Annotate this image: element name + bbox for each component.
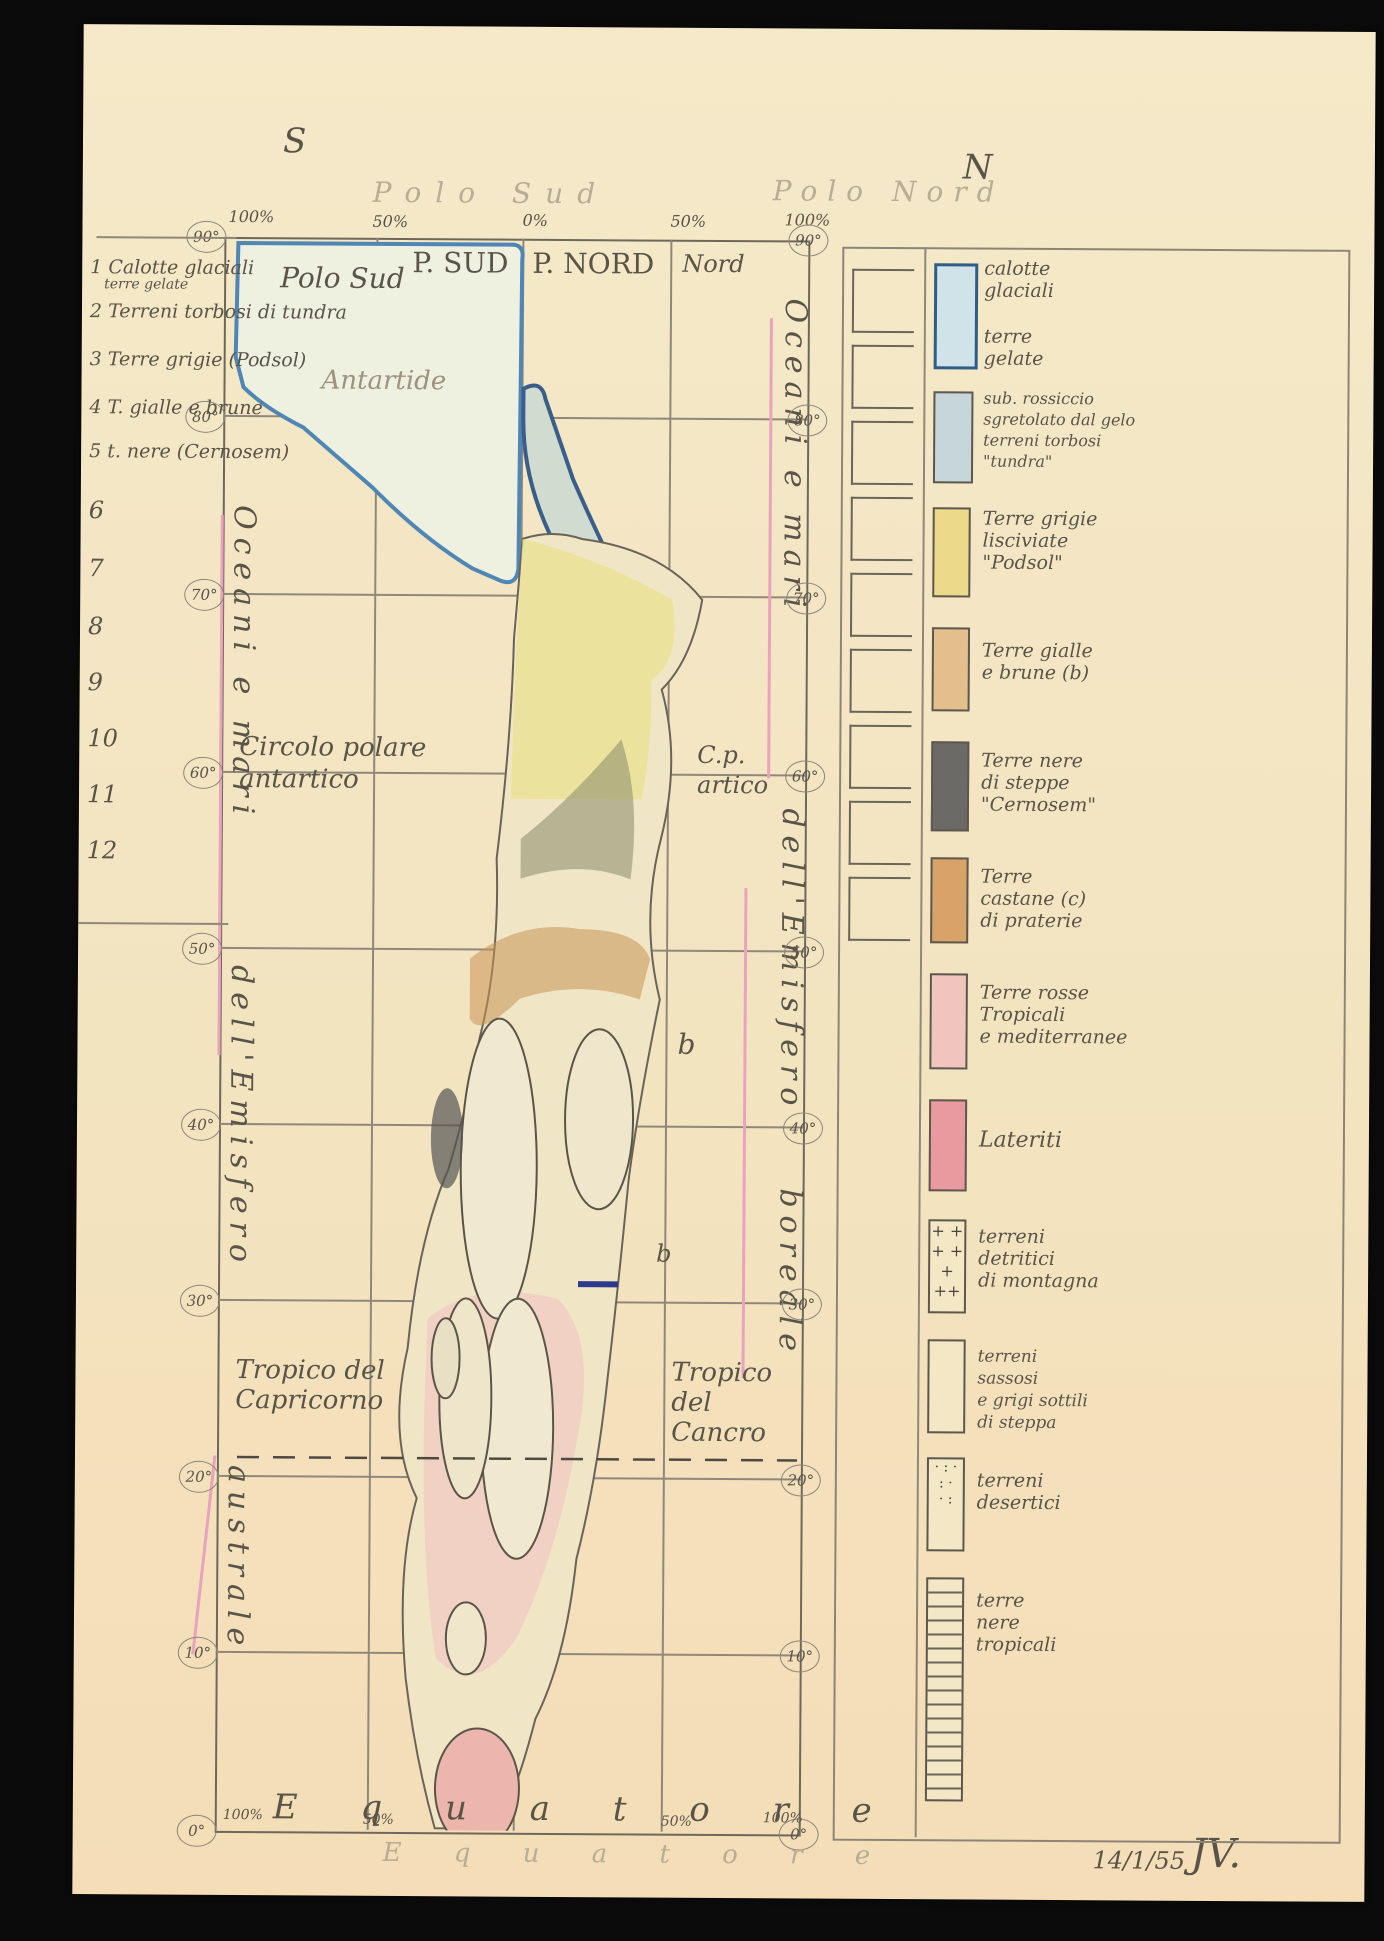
scale-bottom-100-left: 100% <box>223 1807 263 1823</box>
left-list-item-12: 12 <box>87 836 118 864</box>
legend-swatch-cernosem <box>931 741 970 831</box>
legend-label-terre-nere-tropicali: terre nere tropicali <box>976 1590 1057 1656</box>
legend-label-calotte-glaciali: calotte glaciali <box>984 258 1054 302</box>
legend-label-castane: Terre castane (c) di praterie <box>980 866 1086 933</box>
legend-swatch-desertici: · : ·: ·· : <box>926 1457 965 1551</box>
stack-cell <box>850 573 912 637</box>
lat-right-10: 10° <box>780 1640 820 1672</box>
legend-label-tundra: sub. rossiccio sgretolato dal gelo terre… <box>983 388 1135 473</box>
legend-swatch-terre-rosse <box>929 973 968 1069</box>
legend-label-desertici: terreni desertici <box>977 1470 1061 1515</box>
equator-label: E q u a t o r e <box>273 1787 898 1831</box>
lat-left-10: 10° <box>178 1637 218 1669</box>
label-tropico-cancro: Tropico del Cancro <box>671 1358 792 1449</box>
legend-stack-column <box>843 269 916 1809</box>
lat-left-70: 70° <box>184 579 224 611</box>
scale-top-zero: 0% <box>522 211 548 230</box>
left-list-item-1b: terre gelate <box>104 276 188 293</box>
lat-left-50: 50° <box>182 933 222 965</box>
north-pole-faint-label: Polo Nord <box>773 174 1005 208</box>
left-list-item-10: 10 <box>87 724 118 752</box>
left-list-item-5: 5 t. nere (Cernosem) <box>89 440 289 463</box>
stack-cell <box>849 801 911 865</box>
right-vertical-oceani: Oceani e mari <box>776 298 813 615</box>
legend-label-lateriti: Lateriti <box>979 1130 1062 1153</box>
south-pole-faint-label: Polo Sud <box>373 176 610 210</box>
lat-left-60: 60° <box>183 757 223 789</box>
left-list-item-8: 8 <box>88 612 103 640</box>
left-list-item-2: 2 Terreni torbosi di tundra <box>90 300 347 324</box>
label-tropico-capricorno: Tropico del Capricorno <box>235 1355 395 1416</box>
legend-label-podsol: Terre grigie lisciviate "Podsol" <box>982 508 1097 575</box>
stack-cell <box>850 497 912 561</box>
left-list-item-9: 9 <box>88 668 103 696</box>
stack-cell <box>851 421 913 485</box>
legend-swatch-lateriti <box>929 1099 968 1191</box>
left-list-bottom-rule <box>78 922 228 924</box>
lat-right-90: 90° <box>788 224 828 256</box>
header-p-nord: P. NORD <box>532 247 654 281</box>
stack-cell <box>852 269 914 333</box>
left-list-item-4: 4 T. gialle e brune <box>89 396 262 419</box>
lat-right-70: 70° <box>786 582 826 614</box>
marker-b-lower: b <box>656 1240 672 1268</box>
legend-label-terre-brune: Terre gialle e brune (b) <box>982 640 1093 685</box>
stack-cell <box>850 649 912 713</box>
date-signature: 14/1/55 <box>1092 1846 1185 1875</box>
left-vertical-australe: australe <box>220 1465 256 1653</box>
left-vertical-oceani: Oceani e mari <box>225 505 262 822</box>
legend-swatch-terre-brune <box>932 627 971 711</box>
lat-left-30: 30° <box>180 1285 220 1317</box>
lat-right-20: 20° <box>781 1464 821 1496</box>
lat-right-50: 50° <box>784 936 824 968</box>
scale-top-south-50: 50% <box>372 212 408 231</box>
lat-left-20: 20° <box>179 1461 219 1493</box>
lat-right-30: 30° <box>782 1288 822 1320</box>
legend-swatch-steppa <box>927 1339 966 1433</box>
sketch-sheet: S N Polo Sud Polo Nord 100% 50% 0% 50% 1… <box>72 24 1375 1902</box>
label-polo-sud: Polo Sud <box>280 261 405 295</box>
stack-cell <box>848 877 910 941</box>
left-vertical-emisfero: dell'Emisfero <box>222 965 259 1270</box>
stack-cell <box>849 725 911 789</box>
legend-label-cernosem: Terre nere di steppe "Cernosem" <box>981 750 1096 817</box>
label-circolo-polare-antartico: Circolo polare antartico <box>239 731 479 796</box>
left-list-item-7: 7 <box>88 554 103 582</box>
legend-swatch-detritici: + ++ ++++ <box>928 1219 967 1313</box>
equator-faint-label: E q u a t o r e <box>382 1838 892 1871</box>
label-circolo-polare-artico: C.p. artico <box>697 740 787 801</box>
legend-swatch-calotte-glaciali <box>934 263 979 369</box>
continent-sketch <box>215 237 809 1833</box>
label-antartide: Antartide <box>321 366 446 397</box>
legend-label-steppa: terreni sassosi e grigi sottili di stepp… <box>977 1346 1088 1435</box>
header-p-sud: P. SUD <box>412 246 508 280</box>
legend-label-terre-rosse: Terre rosse Tropicali e mediterranee <box>979 982 1127 1049</box>
right-vertical-boreale: boreale <box>772 1188 808 1359</box>
south-letter: S <box>283 121 307 161</box>
marker-b-upper: b <box>677 1028 695 1061</box>
legend-label-detritici: terreni detritici di montagna <box>978 1226 1099 1293</box>
scale-top-north-50: 50% <box>670 212 706 231</box>
lat-right-40: 40° <box>783 1112 823 1144</box>
left-list-item-11: 11 <box>87 780 118 808</box>
left-list-top-rule <box>96 236 236 238</box>
lat-right-60: 60° <box>785 760 825 792</box>
legend-swatch-castane <box>930 857 969 943</box>
lat-left-0: 0° <box>177 1815 217 1847</box>
left-list-item-6: 6 <box>89 496 104 524</box>
stack-cell <box>851 345 913 409</box>
legend-swatch-tundra <box>933 391 974 483</box>
legend-swatch-terre-nere-tropicali <box>925 1577 964 1801</box>
lat-left-40: 40° <box>181 1109 221 1141</box>
legend-swatch-podsol <box>932 507 971 597</box>
left-list-item-3: 3 Terre grigie (Podsol) <box>90 348 307 371</box>
lat-right-80: 80° <box>787 404 827 436</box>
legend-label-terre-gelate: terre gelate <box>984 326 1044 370</box>
header-nord: Nord <box>682 250 744 278</box>
scale-top-south-100: 100% <box>228 207 274 226</box>
